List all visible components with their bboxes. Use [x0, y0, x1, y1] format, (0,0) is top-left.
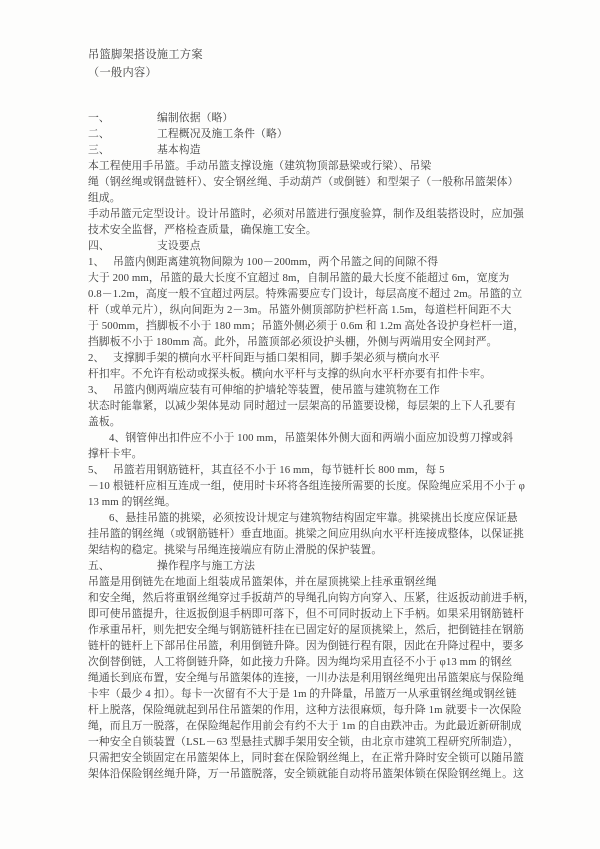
- line-text: 和安全绳，然后将重钢丝绳穿过手扳葫芦的导绳孔向钩方向穿入、压紧，往返扳动前进手柄…: [88, 592, 535, 604]
- line-text: 架体沿保险钢丝绳升降，万一吊篮脱落，安全锁就能自动将吊篮架体锁在保险钢丝绳上。这: [88, 768, 524, 780]
- line-text: 13 mm 的钢丝绳。: [88, 496, 176, 508]
- line-text: 组成。: [88, 192, 121, 204]
- document-subtitle: （一般内容）: [88, 64, 528, 82]
- text-line: 绳（钢丝绳或钢盘链杆）、安全钢丝绳、手动葫芦（或倒链）和型架子（一般称吊篮架体）: [88, 174, 528, 190]
- text-line: 架结构的稳定。挑梁与吊绳连接端应有防止滑脱的保护装置。: [88, 542, 528, 558]
- line-text: 状态时能靠紧，以减少架体晃动 同时超过一层架高的吊篮要设梯，每层架的上下人孔要有: [88, 400, 516, 412]
- text-line: 杆上脱落，保险绳就起到吊住吊篮架的作用，这种方法很麻烦，每升降 1m 就要卡一次…: [88, 702, 528, 718]
- line-text: 本工程使用手吊篮。手动吊篮支撑设施（建筑物顶部悬梁或行梁）、吊梁: [88, 160, 431, 172]
- section-heading: 一、编制依据（略）: [88, 110, 528, 126]
- list-number: 2、: [88, 350, 113, 366]
- list-number: 3、: [88, 382, 113, 398]
- line-text: 绳，而且万一脱落，在保险绳起作用前会有约不大于 1m 的自由跌冲击。为此最近新研…: [88, 720, 522, 732]
- text-line: 只需把安全锁固定在吊篮架体上，同时套在保险钢丝绳上，在正常升降时安全锁可以随吊篮: [88, 750, 528, 766]
- section-heading: 四、支设要点: [88, 238, 528, 254]
- text-line: 技术安全监督，严格检查质量，确保施工安全。: [88, 222, 528, 238]
- text-line: 4、钢管伸出扣件应不小于 100 mm，吊篮架体外侧大面和两端小面应加设剪刀撑或…: [88, 430, 528, 446]
- list-number: 五、: [88, 558, 157, 574]
- line-text: 链杆的链杆上下部吊住吊篮，利用倒链升降。因为倒链行程有限，因此在升降过程中，要多: [88, 640, 524, 652]
- line-text: 大于 200 mm，吊篮的最大长度不宜超过 8m，自制吊篮的最大长度不能超过 6…: [88, 272, 509, 284]
- line-text: 作承重吊杆，则先把安全绳与钢筋链杆挂在已固定好的屋顶挑梁上，然后，把倒链挂在钢筋: [88, 624, 524, 636]
- text-line: 本工程使用手吊篮。手动吊篮支撑设施（建筑物顶部悬梁或行梁）、吊梁: [88, 158, 528, 174]
- line-text: 杆上脱落，保险绳就起到吊住吊篮架的作用，这种方法很麻烦，每升降 1m 就要卡一次…: [88, 704, 522, 716]
- text-line: 撑杆卡牢。: [88, 446, 528, 462]
- document-title: 吊篮脚架搭设施工方案: [88, 46, 528, 64]
- line-text: 手动吊篮元定型设计。设计吊篮时，必须对吊篮进行强度验算，制作及组装搭设时，应加强: [88, 208, 524, 220]
- line-text: 基本构造: [157, 144, 201, 156]
- list-number: 5、: [88, 462, 113, 478]
- line-text: 盖板。: [88, 416, 121, 428]
- line-text: 一种安全自锁装置（LSL－63 型悬挂式脚手架用安全锁，由北京市建筑工程研究所制…: [88, 736, 519, 748]
- text-line: 挡脚板不小于 180mm 高。此外，吊篮顶部必须设护头棚，外侧与两端用安全网封严…: [88, 334, 528, 350]
- line-text: 6、悬挂吊篮的挑梁，必须按设计规定与建筑物结构固定牢靠。挑梁挑出长度应保证悬: [109, 512, 518, 524]
- line-text: 编制依据（略）: [157, 112, 233, 124]
- line-text: 工程概况及施工条件（略）: [157, 128, 288, 140]
- text-line: 盖板。: [88, 414, 528, 430]
- text-line: 绳，而且万一脱落，在保险绳起作用前会有约不大于 1m 的自由跌冲击。为此最近新研…: [88, 718, 528, 734]
- document-page: 吊篮脚架搭设施工方案 （一般内容） 一、编制依据（略）二、工程概况及施工条件（略…: [0, 0, 600, 849]
- text-line: 架体沿保险钢丝绳升降，万一吊篮脱落，安全锁就能自动将吊篮架体锁在保险钢丝绳上。这: [88, 766, 528, 782]
- text-line: 次倒替倒链，人工将倒链升降，如此接力升降。因为绳均采用直径不小于 φ13 mm …: [88, 654, 528, 670]
- text-line: 3、吊篮内侧两端应装有可伸缩的护墙轮等装置，使吊篮与建筑物在工作: [88, 382, 528, 398]
- line-text: 支设要点: [157, 240, 201, 252]
- line-text: 卡牢（最少 4 扣）。每卡一次留有不大于是 1m 的升降量，吊篮万一从承重钢丝绳…: [88, 688, 516, 700]
- section-heading: 五、操作程序与施工方法: [88, 558, 528, 574]
- text-line: 6、悬挂吊篮的挑梁，必须按设计规定与建筑物结构固定牢靠。挑梁挑出长度应保证悬: [88, 510, 528, 526]
- line-text: 技术安全监督，严格检查质量，确保施工安全。: [88, 224, 317, 236]
- line-text: 即可使吊篮提升，往返扳倒退手柄即可落下，但不可同时扳动上下手柄。如果采用钢筋链杆: [88, 608, 524, 620]
- list-number: 四、: [88, 238, 157, 254]
- line-text: 吊篮内侧两端应装有可伸缩的护墙轮等装置，使吊篮与建筑物在工作: [113, 384, 440, 396]
- line-text: 挡脚板不小于 180mm 高。此外，吊篮顶部必须设护头棚，外侧与两端用安全网封严…: [88, 336, 498, 348]
- text-line: 组成。: [88, 190, 528, 206]
- line-text: 绳通长到底布置，安全绳与吊篮架体的连接，一川办法是利用钢丝绳兜出吊篮架底与保险绳: [88, 672, 524, 684]
- text-line: 绳通长到底布置，安全绳与吊篮架体的连接，一川办法是利用钢丝绳兜出吊篮架底与保险绳: [88, 670, 528, 686]
- text-line: 于 500mm，挡脚板不小于 180 mm；吊篮外侧必须于 0.6m 和 1.2…: [88, 318, 528, 334]
- line-text: －10 根链杆应相互连成一组，使用时卡环将各组连接所需要的长度。保险绳应采用不小…: [88, 480, 525, 492]
- document-content: 吊篮脚架搭设施工方案 （一般内容） 一、编制依据（略）二、工程概况及施工条件（略…: [88, 46, 528, 782]
- line-text: 次倒替倒链，人工将倒链升降，如此接力升降。因为绳均采用直径不小于 φ13 mm …: [88, 656, 512, 668]
- line-text: 只需把安全锁固定在吊篮架体上，同时套在保险钢丝绳上，在正常升降时安全锁可以随吊篮: [88, 752, 524, 764]
- document-body: 一、编制依据（略）二、工程概况及施工条件（略）三、基本构造本工程使用手吊篮。手动…: [88, 110, 528, 782]
- line-text: 吊篮内侧距离建筑物间隙为 100－200mm，两个吊篮之间的间隙不得: [113, 256, 438, 268]
- text-line: 链杆的链杆上下部吊住吊篮，利用倒链升降。因为倒链行程有限，因此在升降过程中，要多: [88, 638, 528, 654]
- text-line: 13 mm 的钢丝绳。: [88, 494, 528, 510]
- line-text: 撑杆卡牢。: [88, 448, 142, 460]
- text-line: 杆（或单元片），纵向间距为 2－3m。吊篮外侧顶部防护栏杆高 1.5m，每道栏杆…: [88, 302, 528, 318]
- line-text: 吊篮若用钢筋链杆，其直径不小于 16 mm，每节链杆长 800 mm，每 5: [113, 464, 445, 476]
- line-text: 杆扣牢。不允许有松动或探头板。横向水平杆与支撑的纵向水平杆亦要有扣件卡牢。: [88, 368, 491, 380]
- line-text: 操作程序与施工方法: [157, 560, 255, 572]
- text-line: 卡牢（最少 4 扣）。每卡一次留有不大于是 1m 的升降量，吊篮万一从承重钢丝绳…: [88, 686, 528, 702]
- line-text: 4、钢管伸出扣件应不小于 100 mm，吊篮架体外侧大面和两端小面应加设剪刀撑或…: [109, 432, 513, 444]
- text-line: 和安全绳，然后将重钢丝绳穿过手扳葫芦的导绳孔向钩方向穿入、压紧，往返扳动前进手柄…: [88, 590, 528, 606]
- text-line: 2、支撑脚手架的横向水平杆间距与插口架相同，脚手架必须与横向水平: [88, 350, 528, 366]
- text-line: －10 根链杆应相互连成一组，使用时卡环将各组连接所需要的长度。保险绳应采用不小…: [88, 478, 528, 494]
- text-line: 状态时能靠紧，以减少架体晃动 同时超过一层架高的吊篮要设梯，每层架的上下人孔要有: [88, 398, 528, 414]
- section-heading: 三、基本构造: [88, 142, 528, 158]
- line-text: 0.8－1.2m，高度一般不宜超过两层。特殊需要应专门设计，每层高度不超过 2m…: [88, 288, 522, 300]
- section-heading: 二、工程概况及施工条件（略）: [88, 126, 528, 142]
- list-number: 三、: [88, 142, 157, 158]
- text-line: 0.8－1.2m，高度一般不宜超过两层。特殊需要应专门设计，每层高度不超过 2m…: [88, 286, 528, 302]
- line-text: 杆（或单元片），纵向间距为 2－3m。吊篮外侧顶部防护栏杆高 1.5m，每道栏杆…: [88, 304, 511, 316]
- text-line: 一种安全自锁装置（LSL－63 型悬挂式脚手架用安全锁，由北京市建筑工程研究所制…: [88, 734, 528, 750]
- line-text: 于 500mm，挡脚板不小于 180 mm；吊篮外侧必须于 0.6m 和 1.2…: [88, 320, 524, 332]
- line-text: 吊篮是用倒链先在地面上组装成吊篮架体，并在屋顶挑梁上挂承重钢丝绳: [88, 576, 437, 588]
- text-line: 5、吊篮若用钢筋链杆，其直径不小于 16 mm，每节链杆长 800 mm，每 5: [88, 462, 528, 478]
- list-number: 1、: [88, 254, 113, 270]
- line-text: 架结构的稳定。挑梁与吊绳连接端应有防止滑脱的保护装置。: [88, 544, 382, 556]
- line-text: 支撑脚手架的横向水平杆间距与插口架相同，脚手架必须与横向水平: [113, 352, 440, 364]
- list-number: 二、: [88, 126, 157, 142]
- text-line: 手动吊篮元定型设计。设计吊篮时，必须对吊篮进行强度验算，制作及组装搭设时，应加强: [88, 206, 528, 222]
- text-line: 杆扣牢。不允许有松动或探头板。横向水平杆与支撑的纵向水平杆亦要有扣件卡牢。: [88, 366, 528, 382]
- text-line: 作承重吊杆，则先把安全绳与钢筋链杆挂在已固定好的屋顶挑梁上，然后，把倒链挂在钢筋: [88, 622, 528, 638]
- text-line: 即可使吊篮提升，往返扳倒退手柄即可落下，但不可同时扳动上下手柄。如果采用钢筋链杆: [88, 606, 528, 622]
- text-line: 大于 200 mm，吊篮的最大长度不宜超过 8m，自制吊篮的最大长度不能超过 6…: [88, 270, 528, 286]
- text-line: 1、吊篮内侧距离建筑物间隙为 100－200mm，两个吊篮之间的间隙不得: [88, 254, 528, 270]
- list-number: 一、: [88, 110, 157, 126]
- line-text: 挂吊篮的钢丝绳（或钢筋链杆）垂直地面。挑梁之间应用纵向水平杆连接成整体，以保证挑: [88, 528, 524, 540]
- text-line: 吊篮是用倒链先在地面上组装成吊篮架体，并在屋顶挑梁上挂承重钢丝绳: [88, 574, 528, 590]
- text-line: 挂吊篮的钢丝绳（或钢筋链杆）垂直地面。挑梁之间应用纵向水平杆连接成整体，以保证挑: [88, 526, 528, 542]
- line-text: 绳（钢丝绳或钢盘链杆）、安全钢丝绳、手动葫芦（或倒链）和型架子（一般称吊篮架体）: [88, 176, 518, 188]
